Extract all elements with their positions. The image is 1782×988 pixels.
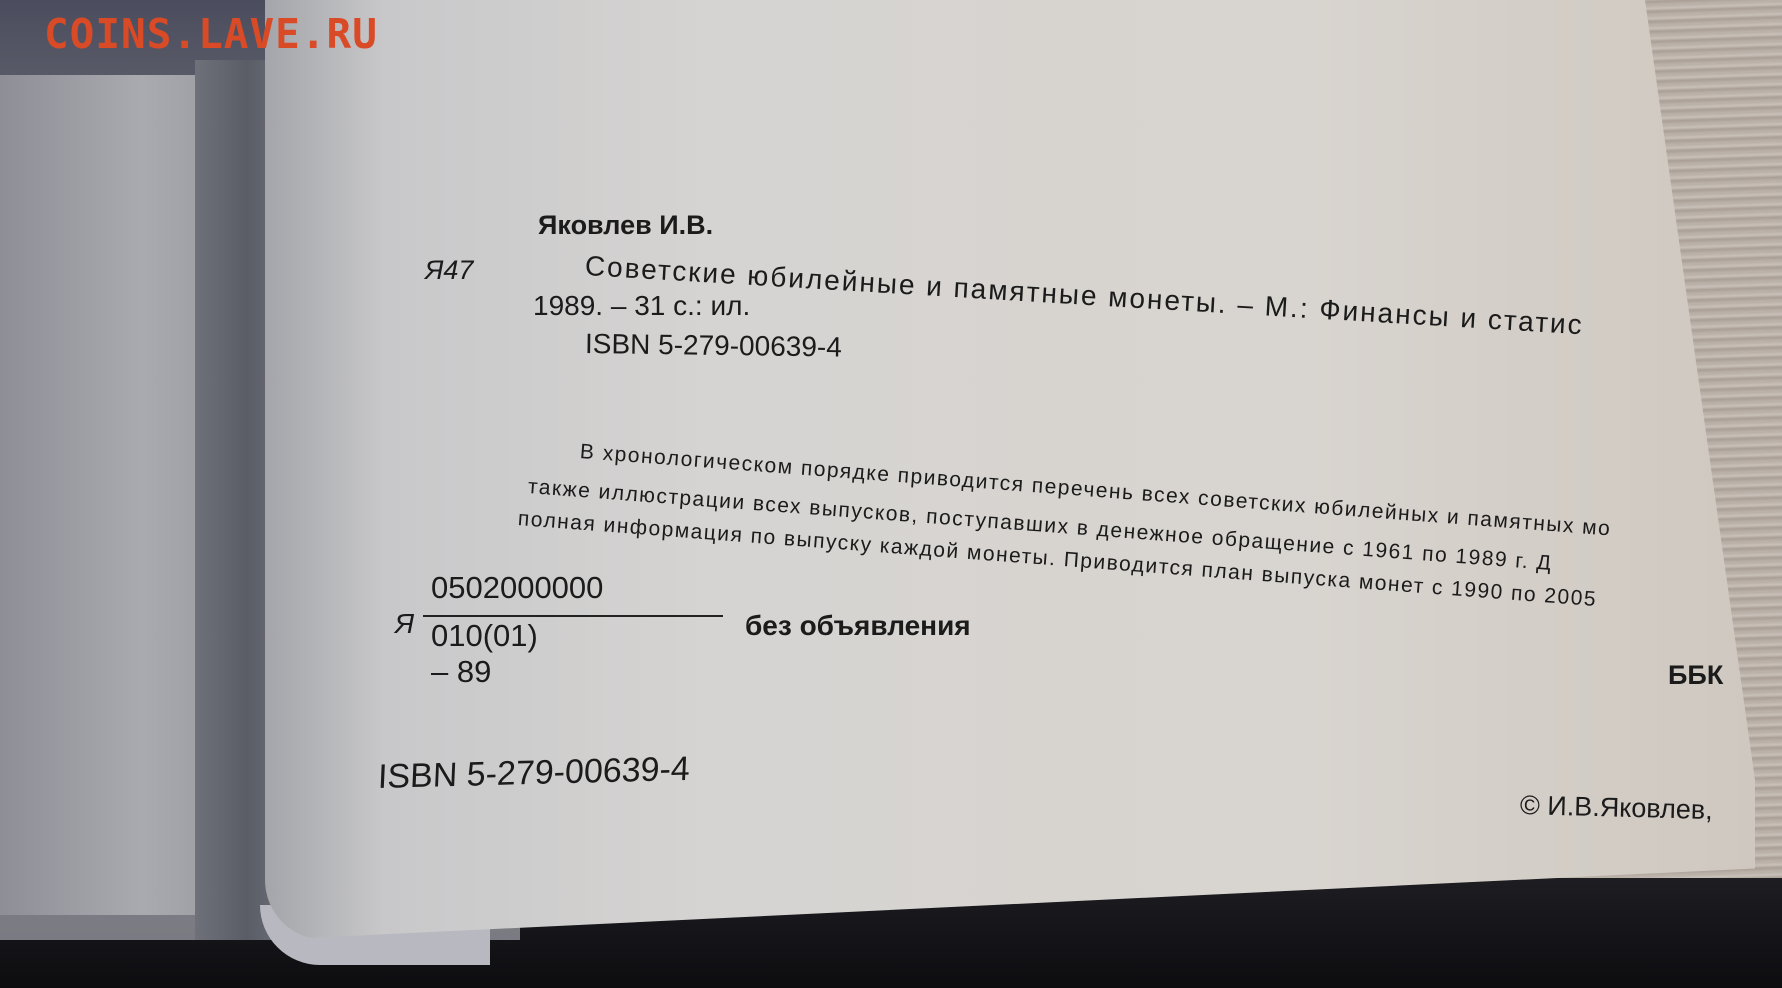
fraction-bar: [423, 615, 723, 617]
catalog-author: Яковлев И.В.: [538, 210, 713, 241]
photo-scene: COINS.LAVE.RU Яковлев И.В. Я47 Советские…: [0, 0, 1782, 988]
catalog-isbn: ISBN 5-279-00639-4: [585, 328, 842, 364]
no-announcement: без объявления: [745, 610, 971, 642]
site-watermark: COINS.LAVE.RU: [44, 10, 378, 58]
bbk-label: ББК: [1668, 660, 1723, 691]
isbn-bottom: ISBN 5-279-00639-4: [377, 750, 690, 797]
catalog-call-code: Я47: [425, 255, 473, 286]
fraction-prefix: Я: [395, 608, 414, 640]
fraction-numerator: 0502000000: [431, 570, 603, 606]
catalog-imprint: 1989. – 31 с.: ил.: [533, 290, 750, 322]
copyright-notice: © И.В.Яковлев,: [1520, 790, 1714, 826]
fraction-denominator: 010(01) – 89: [431, 618, 538, 690]
